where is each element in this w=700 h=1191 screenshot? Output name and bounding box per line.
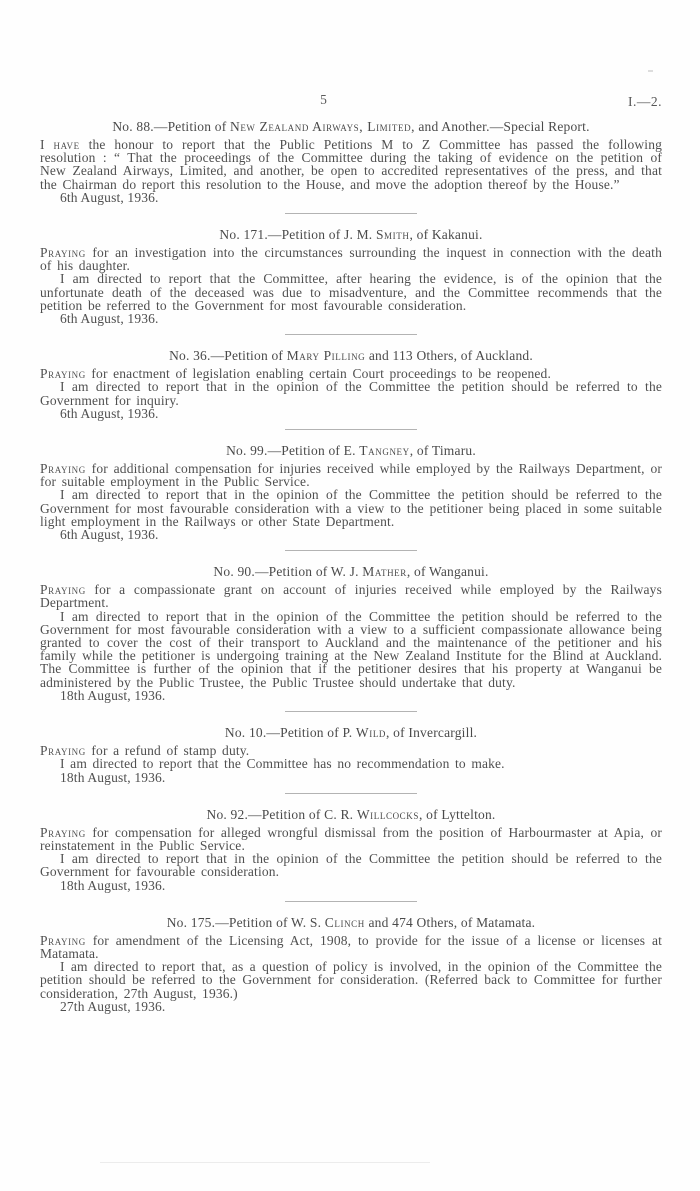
text-run: , of Lyttelton. <box>419 807 496 822</box>
petition-date: 6th August, 1936. <box>40 407 662 420</box>
text-run: for compensation for alleged wrongful di… <box>40 825 662 853</box>
section-divider <box>285 429 417 430</box>
small-caps-text: Smith <box>376 227 410 242</box>
text-run: the honour to report that the Public Pet… <box>40 137 662 192</box>
section-divider <box>285 901 417 902</box>
petition-section: No. 90.—Petition of W. J. Mather, of Wan… <box>40 565 662 702</box>
petition-paragraph: Praying for amendment of the Licensing A… <box>40 934 662 960</box>
petition-date: 18th August, 1936. <box>40 689 662 702</box>
petition-paragraph: I have the honour to report that the Pub… <box>40 138 662 191</box>
text-run: for amendment of the Licensing Act, 1908… <box>40 933 662 961</box>
page-number: 5 <box>40 92 607 108</box>
petition-paragraph: I am directed to report that the Committ… <box>40 272 662 312</box>
petition-heading: No. 88.—Petition of New Zealand Airways,… <box>40 120 662 134</box>
small-caps-text: Mather <box>362 564 407 579</box>
sections-container: No. 88.—Petition of New Zealand Airways,… <box>40 120 662 1013</box>
petition-paragraph: I am directed to report that in the opin… <box>40 610 662 689</box>
petition-date: 18th August, 1936. <box>40 771 662 784</box>
text-run: and 474 Others, of Matamata. <box>365 915 535 930</box>
petition-paragraph: I am directed to report that in the opin… <box>40 852 662 878</box>
petition-paragraph: Praying for a compassionate grant on acc… <box>40 583 662 609</box>
petition-heading: No. 171.—Petition of J. M. Smith, of Kak… <box>40 228 662 242</box>
scan-artifact-line <box>100 1162 430 1163</box>
petition-paragraph: I am directed to report that the Committ… <box>40 757 662 770</box>
text-run: I am directed to report that the Committ… <box>40 271 662 312</box>
petition-section: No. 36.—Petition of Mary Pilling and 113… <box>40 349 662 420</box>
petition-paragraph: Praying for compensation for alleged wro… <box>40 826 662 852</box>
petition-heading: No. 175.—Petition of W. S. Clinch and 47… <box>40 916 662 930</box>
petition-heading: No. 90.—Petition of W. J. Mather, of Wan… <box>40 565 662 579</box>
text-run: , of Timaru. <box>410 443 476 458</box>
small-caps-text: Wild <box>356 725 386 740</box>
text-run: No. 99.—Petition of E. <box>226 443 359 458</box>
document-page: 5 I.—2. No. 88.—Petition of New Zealand … <box>0 0 700 1191</box>
text-run: I am directed to report that in the opin… <box>40 609 662 690</box>
text-run: and 113 Others, of Auckland. <box>365 348 533 363</box>
text-run: No. 10.—Petition of P. <box>225 725 356 740</box>
small-caps-text: Tangney <box>359 443 409 458</box>
page-content: 5 I.—2. No. 88.—Petition of New Zealand … <box>40 92 662 1013</box>
petition-date: 6th August, 1936. <box>40 191 662 204</box>
text-run: No. 92.—Petition of C. R. <box>207 807 357 822</box>
petition-section: No. 88.—Petition of New Zealand Airways,… <box>40 120 662 204</box>
section-divider <box>285 550 417 551</box>
text-run: , of Invercargill. <box>386 725 477 740</box>
petition-paragraph: Praying for an investigation into the ci… <box>40 246 662 272</box>
text-run: , of Wanganui. <box>407 564 489 579</box>
petition-section: No. 92.—Petition of C. R. Willcocks, of … <box>40 808 662 892</box>
petition-date: 6th August, 1936. <box>40 312 662 325</box>
petition-section: No. 99.—Petition of E. Tangney, of Timar… <box>40 444 662 541</box>
petition-heading: No. 92.—Petition of C. R. Willcocks, of … <box>40 808 662 822</box>
text-run: No. 175.—Petition of W. S. <box>167 915 325 930</box>
text-run: No. 36.—Petition of <box>169 348 287 363</box>
doc-reference: I.—2. <box>628 94 662 110</box>
page-header: 5 I.—2. <box>40 92 662 108</box>
text-run: for a compassionate grant on account of … <box>40 582 662 610</box>
section-divider <box>285 793 417 794</box>
petition-section: No. 10.—Petition of P. Wild, of Invercar… <box>40 726 662 784</box>
petition-heading: No. 36.—Petition of Mary Pilling and 113… <box>40 349 662 363</box>
text-run: I am directed to report that in the opin… <box>40 851 662 879</box>
text-run: for additional compensation for injuries… <box>40 461 662 489</box>
petition-heading: No. 99.—Petition of E. Tangney, of Timar… <box>40 444 662 458</box>
petition-section: No. 171.—Petition of J. M. Smith, of Kak… <box>40 228 662 325</box>
text-run: I am directed to report that, as a quest… <box>40 959 662 1000</box>
text-run: No. 90.—Petition of W. J. <box>213 564 362 579</box>
petition-date: 18th August, 1936. <box>40 879 662 892</box>
small-caps-text: Clinch <box>325 915 365 930</box>
petition-date: 6th August, 1936. <box>40 528 662 541</box>
small-caps-text: Willcocks <box>357 807 419 822</box>
petition-paragraph: I am directed to report that, as a quest… <box>40 960 662 1000</box>
text-run: I am directed to report that in the opin… <box>40 379 662 407</box>
small-caps-text: New Zealand Airways, Limited <box>230 119 411 134</box>
petition-paragraph: I am directed to report that in the opin… <box>40 380 662 406</box>
text-run: , and Another.—Special Report. <box>411 119 589 134</box>
petition-paragraph: Praying for additional compensation for … <box>40 462 662 488</box>
text-run: I am directed to report that in the opin… <box>40 487 662 528</box>
text-run: , of Kakanui. <box>409 227 482 242</box>
small-caps-text: Mary Pilling <box>287 348 366 363</box>
section-divider <box>285 213 417 214</box>
section-divider <box>285 334 417 335</box>
scan-artifact-dot <box>648 70 653 72</box>
petition-section: No. 175.—Petition of W. S. Clinch and 47… <box>40 916 662 1013</box>
petition-date: 27th August, 1936. <box>40 1000 662 1013</box>
text-run: No. 88.—Petition of <box>112 119 230 134</box>
petition-heading: No. 10.—Petition of P. Wild, of Invercar… <box>40 726 662 740</box>
text-run: No. 171.—Petition of J. M. <box>219 227 376 242</box>
section-divider <box>285 711 417 712</box>
petition-paragraph: I am directed to report that in the opin… <box>40 488 662 528</box>
text-run: for an investigation into the circumstan… <box>40 245 662 273</box>
